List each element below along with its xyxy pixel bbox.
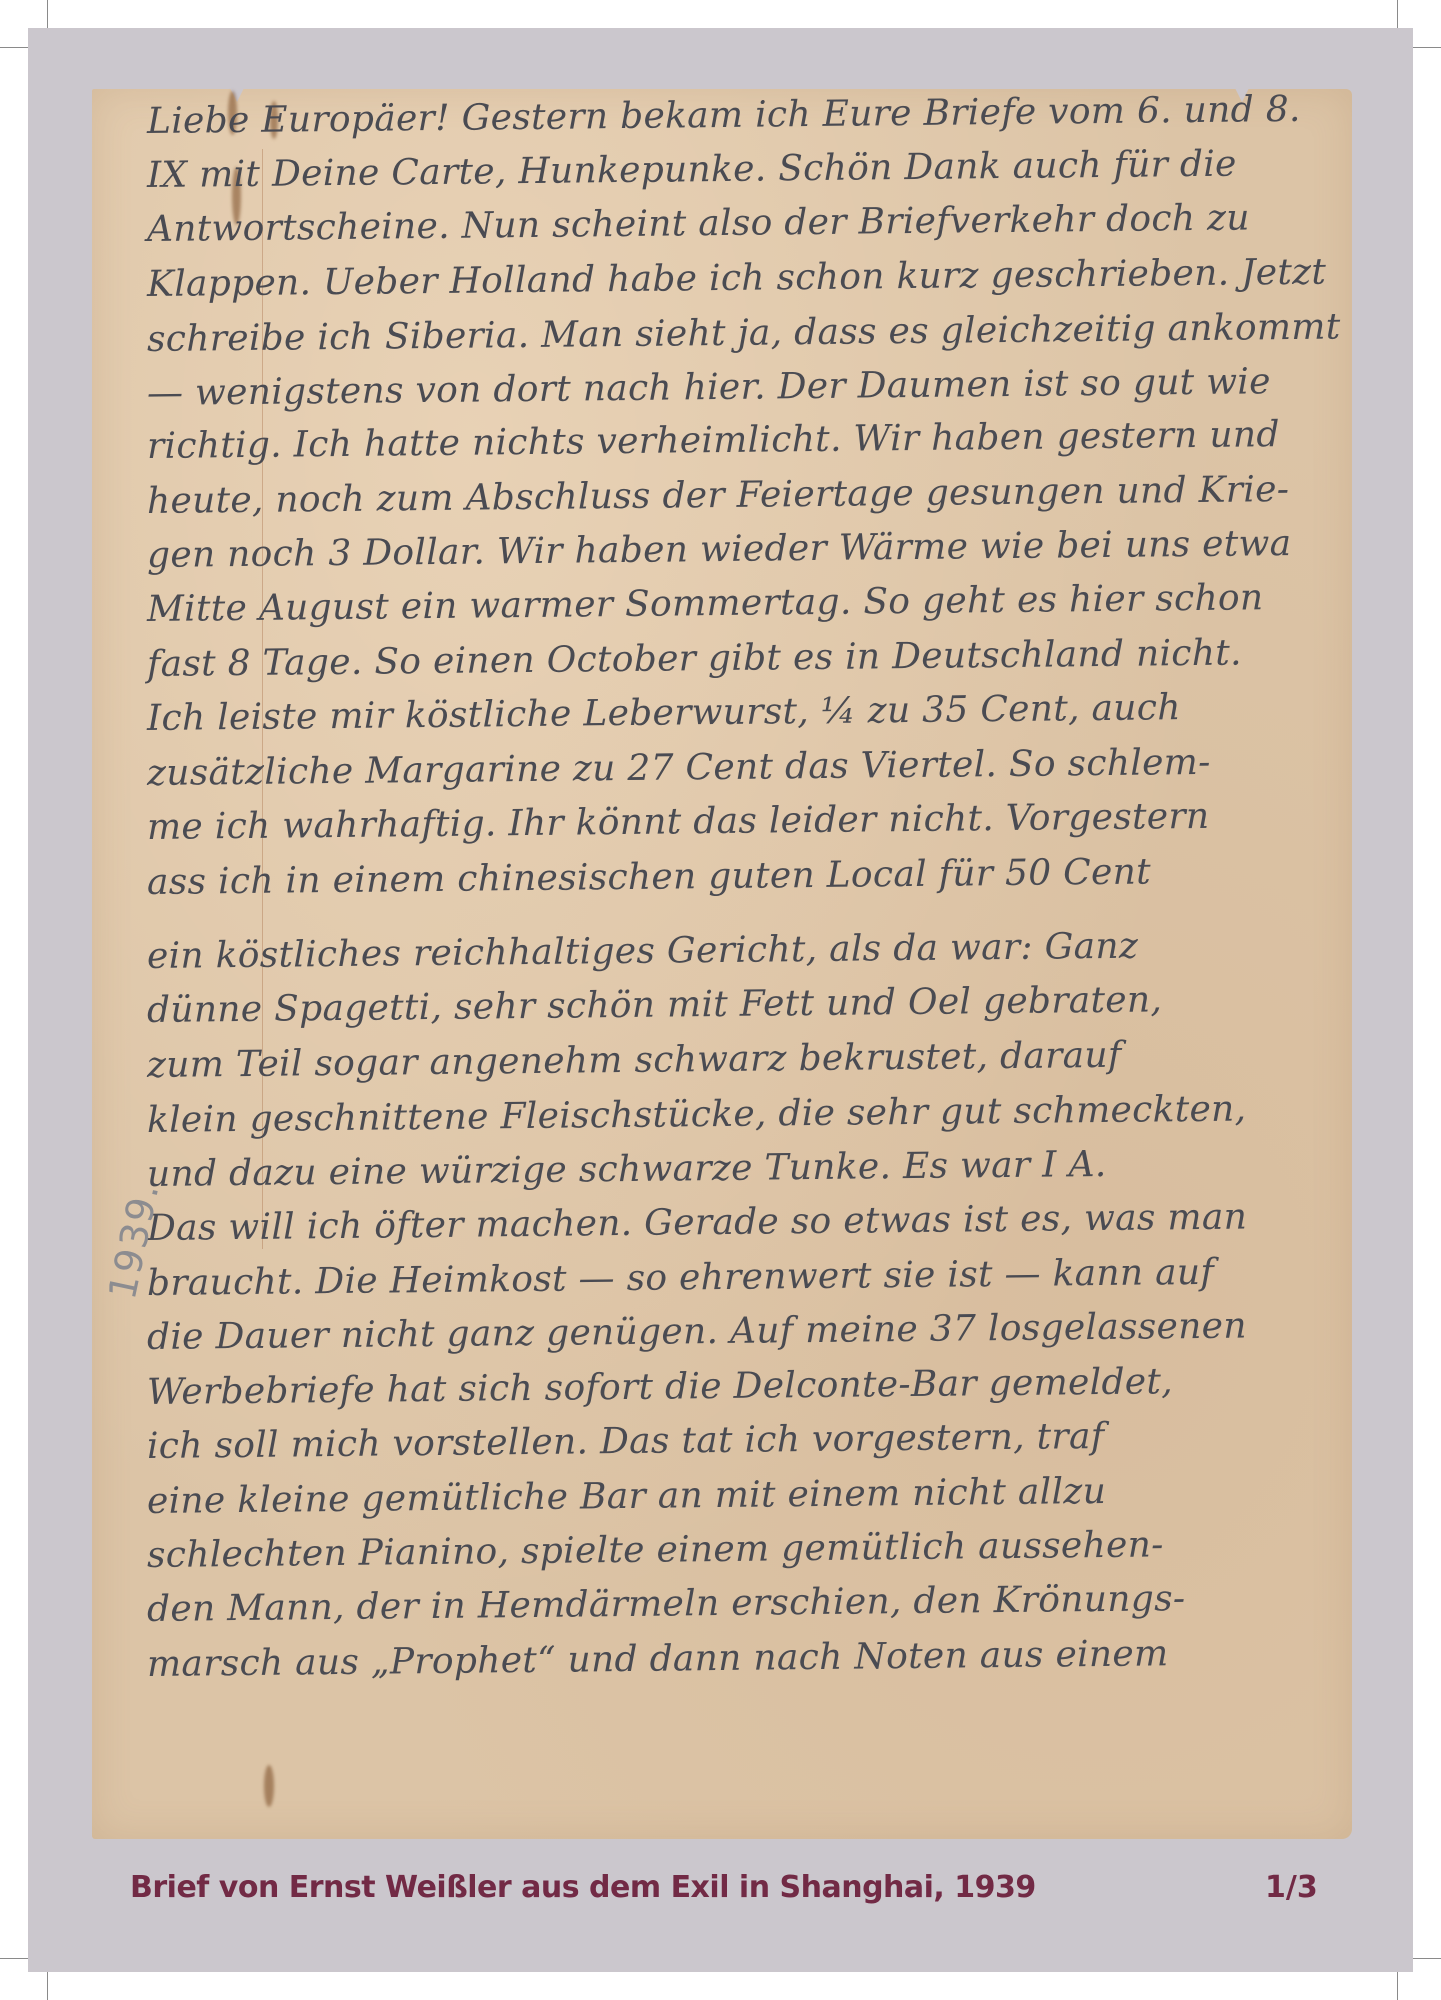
letter-line: gen noch 3 Dollar. Wir haben wieder Wärm… [147, 523, 1292, 576]
letter-line: Antwortscheine. Nun scheint also der Bri… [147, 197, 1250, 250]
letter-line: ass ich in einem chinesischen guten Loca… [147, 851, 1151, 903]
letter-line: braucht. Die Heimkost — so ehrenwert sie… [147, 1252, 1214, 1304]
letter-line: den Mann, der in Hemdärmeln erschien, de… [147, 1578, 1186, 1630]
crop-mark-bottom-right-horizontal [1411, 1958, 1441, 1959]
letter-line: IX mit Deine Carte, Hunkepunke. Schön Da… [147, 144, 1237, 196]
crop-mark-bottom-right-vertical [1397, 1972, 1398, 2000]
letter-line: ein köstliches reichhaltiges Gericht, al… [147, 926, 1139, 977]
letter-paper: Liebe Europäer! Gestern bekam ich Eure B… [92, 89, 1352, 1839]
crop-mark-top-left-vertical [47, 0, 48, 30]
letter-line: heute, noch zum Abschluss der Feiertage … [147, 469, 1290, 522]
letter-line: Mitte August ein warmer Sommertag. So ge… [147, 577, 1264, 630]
crop-mark-bottom-left-vertical [47, 1972, 48, 2000]
letter-line: Das will ich öfter machen. Gerade so etw… [147, 1196, 1247, 1249]
page-indicator: 1/3 [1265, 1870, 1318, 1905]
letter-line: dünne Spagetti, sehr schön mit Fett und … [147, 979, 1163, 1031]
letter-line: ich soll mich vorstellen. Das tat ich vo… [147, 1416, 1105, 1467]
letter-line: zum Teil sogar angenehm schwarz bekruste… [147, 1035, 1122, 1086]
letter-line: Ich leiste mir köstliche Leberwurst, ¼ z… [147, 687, 1181, 739]
letter-line: schlechten Pianino, spielte einem gemütl… [147, 1524, 1164, 1576]
letter-line: me ich wahrhaftig. Ihr könnt das leider … [147, 796, 1210, 848]
crop-mark-top-right-horizontal [1411, 47, 1441, 48]
letter-line: fast 8 Tage. So einen October gibt es in… [147, 633, 1242, 685]
crop-mark-top-left-horizontal [0, 47, 30, 48]
letter-line: marsch aus „Prophet“ und dann nach Noten… [147, 1633, 1169, 1685]
document-caption: Brief von Ernst Weißler aus dem Exil in … [130, 1870, 1036, 1905]
letter-line: Liebe Europäer! Gestern bekam ich Eure B… [147, 89, 1301, 142]
letter-line: zusätzliche Margarine zu 27 Cent das Vie… [147, 742, 1211, 794]
mount-panel: Liebe Europäer! Gestern bekam ich Eure B… [28, 28, 1413, 1972]
letter-line: schreibe ich Siberia. Man sieht ja, dass… [147, 307, 1341, 360]
letter-line: richtig. Ich hatte nichts verheimlicht. … [147, 414, 1280, 467]
letter-line: eine kleine gemütliche Bar an mit einem … [147, 1471, 1106, 1522]
letter-line: Werbebriefe hat sich sofort die Delconte… [147, 1361, 1173, 1413]
crop-mark-top-right-vertical [1397, 0, 1398, 30]
letter-line: und dazu eine würzige schwarze Tunke. Es… [147, 1144, 1107, 1195]
letter-line: — wenigstens von dort nach hier. Der Dau… [147, 361, 1271, 414]
crop-mark-bottom-left-horizontal [0, 1958, 30, 1959]
rust-stain [264, 1765, 274, 1807]
letter-line: Klappen. Ueber Holland habe ich schon ku… [147, 252, 1327, 305]
letter-line: klein geschnittene Fleischstücke, die se… [147, 1088, 1247, 1141]
letter-line: die Dauer nicht ganz genügen. Auf meine … [147, 1305, 1247, 1358]
